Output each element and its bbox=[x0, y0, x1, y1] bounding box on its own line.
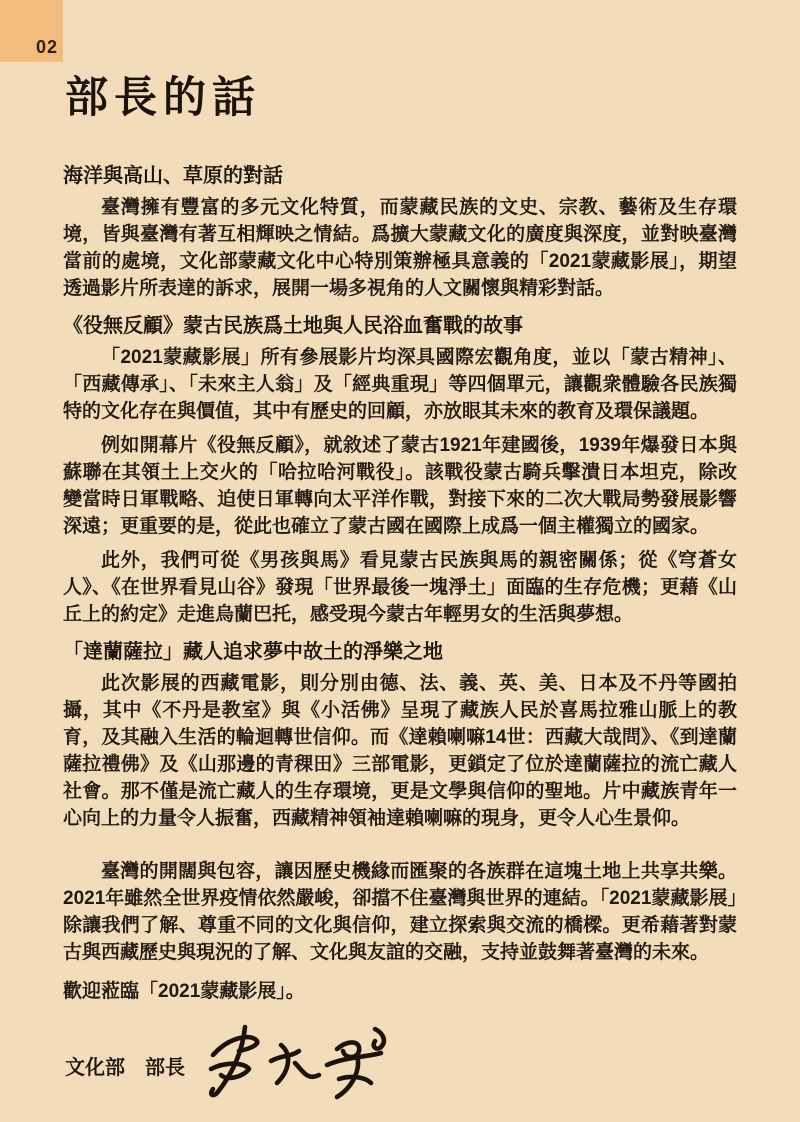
section-heading-ocean-mountain-dialogue: 海洋與高山、草原的對話 bbox=[63, 164, 737, 188]
section-heading-mongolia-film: 《役無反顧》蒙古民族爲土地與人民浴血奮戰的故事 bbox=[63, 314, 737, 338]
paragraph-intro: 臺灣擁有豐富的多元文化特質，而蒙藏民族的文史、宗教、藝術及生存環境，皆與臺灣有著… bbox=[63, 194, 737, 302]
page-content: 部長的話 海洋與高山、草原的對話 臺灣擁有豐富的多元文化特質，而蒙藏民族的文史、… bbox=[63, 0, 737, 1105]
document-page: 02 部長的話 海洋與高山、草原的對話 臺灣擁有豐富的多元文化特質，而蒙藏民族的… bbox=[0, 0, 800, 1122]
paragraph-tibet-films: 此次影展的西藏電影，則分別由德、法、義、英、美、日本及不丹等國拍攝，其中《不丹是… bbox=[63, 670, 737, 832]
paragraph-opening-film: 例如開幕片《役無反顧》，就敘述了蒙古1921年建國後，1939年爆發日本與蘇聯在… bbox=[63, 432, 737, 540]
page-number-tab: 02 bbox=[0, 0, 63, 62]
signature-title-label: 文化部 部長 bbox=[65, 1051, 185, 1080]
minister-handwritten-signature-icon bbox=[199, 1019, 409, 1105]
signature-block: 文化部 部長 bbox=[63, 1019, 737, 1105]
closing-welcome-line: 歡迎蒞臨「2021蒙藏影展」。 bbox=[63, 978, 737, 1005]
section-heading-dharamsala: 「達蘭薩拉」藏人追求夢中故土的淨樂之地 bbox=[63, 640, 737, 664]
paragraph-taiwan-inclusion: 臺灣的開闊與包容，讓因歷史機緣而匯聚的各族群在這塊土地上共享共樂。2021年雖然… bbox=[63, 858, 737, 966]
paragraph-mongolia-films: 此外，我們可從《男孩與馬》看見蒙古民族與馬的親密關係；從《穹蒼女人》、《在世界看… bbox=[63, 547, 737, 628]
page-title: 部長的話 bbox=[65, 74, 737, 122]
paragraph-festival-units: 「2021蒙藏影展」所有參展影片均深具國際宏觀角度，並以「蒙古精神」、「西藏傳承… bbox=[63, 344, 737, 425]
page-number: 02 bbox=[36, 37, 58, 58]
